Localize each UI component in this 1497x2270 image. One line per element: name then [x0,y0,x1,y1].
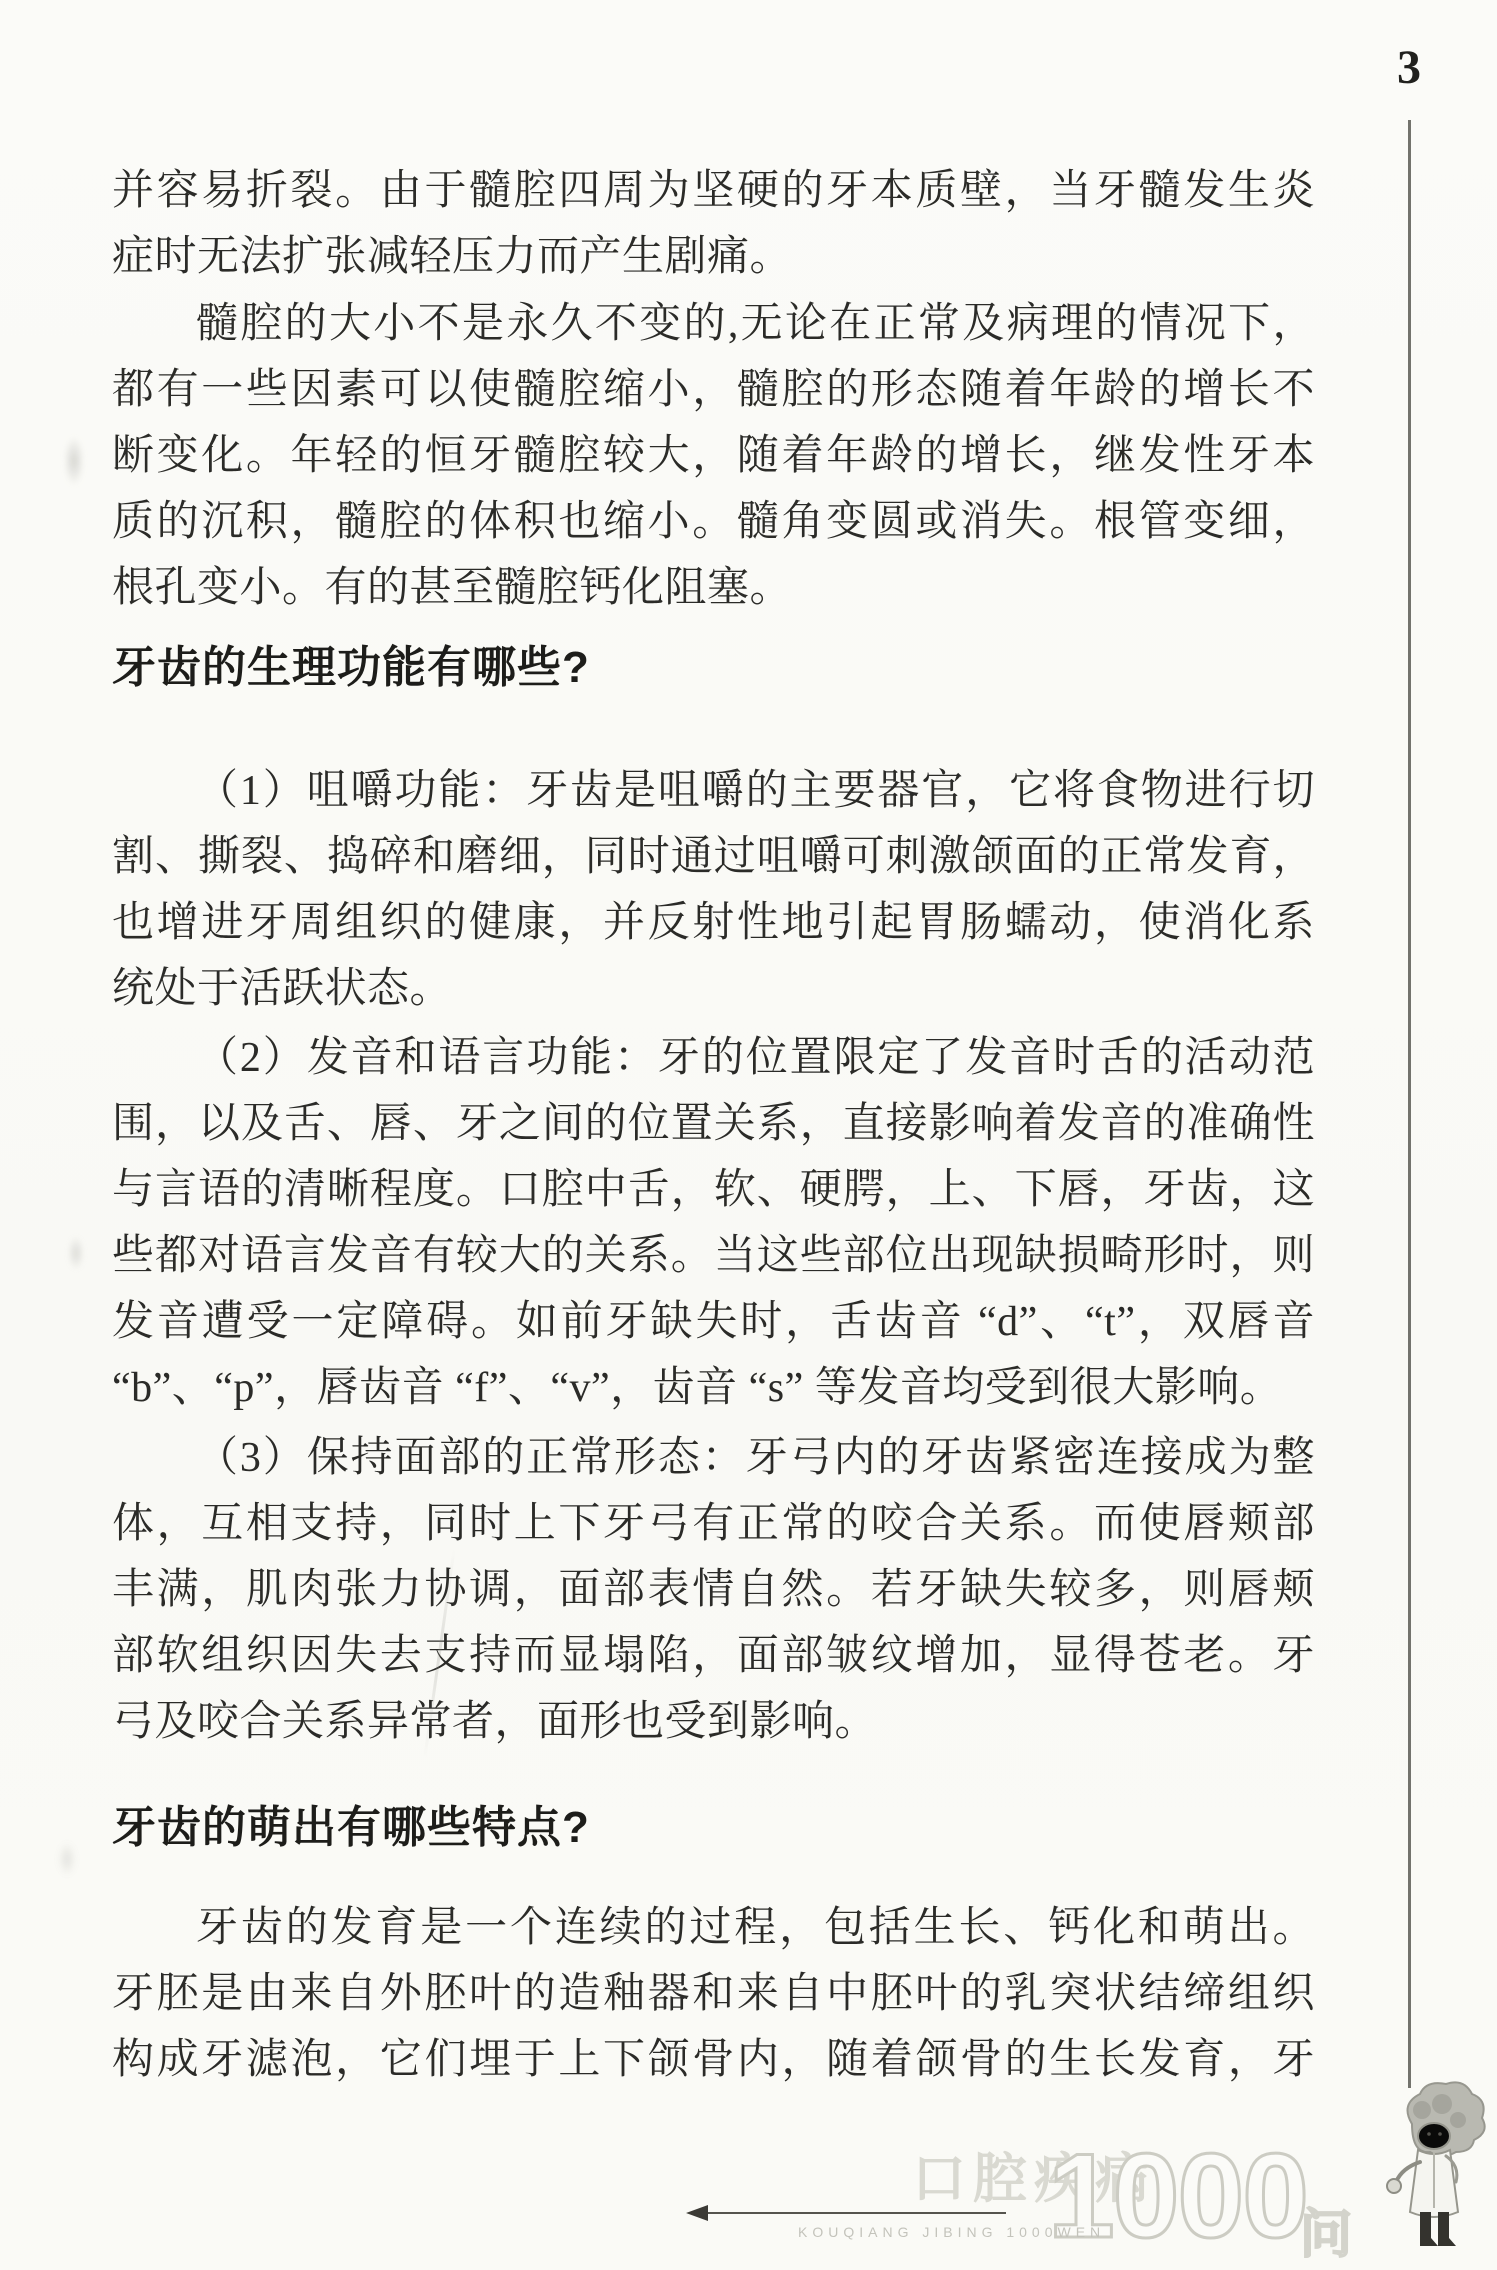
body-line: 髓腔的大小不是永久不变的,无论在正常及病理的情况下， [112,291,1315,357]
paragraph-pronunciation: （2）发音和语言功能：牙的位置限定了发音时舌的活动范 围，以及舌、唇、牙之间的位… [112,1025,1315,1421]
body-line: “b”、“p”，唇齿音 “f”、“v”，齿音 “s” 等发音均受到很大影响。 [112,1355,1315,1421]
body-line: （2）发音和语言功能：牙的位置限定了发音时舌的活动范 [112,1025,1315,1091]
body-line: 围，以及舌、唇、牙之间的位置关系，直接影响着发音的准确性 [112,1091,1315,1157]
body-line: 质的沉积，髓腔的体积也缩小。髓角变圆或消失。根管变细， [112,489,1315,555]
paragraph-chewing: （1）咀嚼功能：牙齿是咀嚼的主要器官，它将食物进行切 割、撕裂、捣碎和磨细，同时… [112,758,1315,1022]
body-line: 些都对语言发音有较大的关系。当这些部位出现缺损畸形时，则 [112,1223,1315,1289]
body-line: 根孔变小。有的甚至髓腔钙化阻塞。 [112,555,1315,621]
page-number: 3 [1382,40,1436,95]
body-line: 牙齿的发育是一个连续的过程，包括生长、钙化和萌出。 [112,1895,1315,1961]
body-line: （1）咀嚼功能：牙齿是咀嚼的主要器官，它将食物进行切 [112,758,1315,824]
body-line: 丰满，肌肉张力协调，面部表情自然。若牙缺失较多，则唇颊 [112,1557,1315,1623]
body-line: 统处于活跃状态。 [112,956,1315,1022]
body-line: 构成牙滤泡，它们埋于上下颌骨内，随着颌骨的生长发育，牙 [112,2027,1315,2093]
body-line: 症时无法扩张减轻压力而产生剧痛。 [112,224,1315,290]
body-line: 也增进牙周组织的健康，并反射性地引起胃肠蠕动，使消化系 [112,890,1315,956]
body-line: 体，互相支持，同时上下牙弓有正常的咬合关系。而使唇颊部 [112,1491,1315,1557]
body-line: 并容易折裂。由于髓腔四周为坚硬的牙本质壁，当牙髓发生炎 [112,158,1315,224]
body-line: （3）保持面部的正常形态：牙弓内的牙齿紧密连接成为整 [112,1425,1315,1491]
paragraph-development: 牙齿的发育是一个连续的过程，包括生长、钙化和萌出。 牙胚是由来自外胚叶的造釉器和… [112,1895,1315,2093]
paragraph-facial-form: （3）保持面部的正常形态：牙弓内的牙齿紧密连接成为整 体，互相支持，同时上下牙弓… [112,1425,1315,1755]
body-line: 与言语的清晰程度。口腔中舌，软、硬腭，上、下唇，牙齿，这 [112,1157,1315,1223]
section-heading-eruption: 牙齿的萌出有哪些特点? [112,1802,590,1854]
body-line: 割、撕裂、捣碎和磨细，同时通过咀嚼可刺激颌面的正常发育， [112,824,1315,890]
book-page: 3 并容易折裂。由于髓腔四周为坚硬的牙本质壁，当牙髓发生炎 症时无法扩张减轻压力… [0,0,1497,2270]
body-line: 弓及咬合关系异常者，面形也受到影响。 [112,1689,1315,1755]
footer-series-suffix: 问 [1300,2192,1352,2267]
paragraph-pulp-chamber: 髓腔的大小不是永久不变的,无论在正常及病理的情况下， 都有一些因素可以使髓腔缩小… [112,291,1315,621]
footer-pinyin-caption: KOUQIANG JIBING 1000WEN [798,2224,1105,2240]
doctor-mascot-icon [1380,2080,1490,2268]
scan-smudge [68,1236,84,1270]
margin-rule [1408,120,1411,2088]
body-line: 都有一些因素可以使髓腔缩小，髓腔的形态随着年龄的增长不 [112,357,1315,423]
body-line: 部软组织因失去支持而显塌陷，面部皱纹增加，显得苍老。牙 [112,1623,1315,1689]
scan-smudge [64,436,84,486]
left-arrow-icon [704,2212,1006,2214]
paragraph-intro: 并容易折裂。由于髓腔四周为坚硬的牙本质壁，当牙髓发生炎 症时无法扩张减轻压力而产… [112,158,1315,290]
left-arrow-icon [686,2205,708,2221]
section-heading-physiology: 牙齿的生理功能有哪些? [112,642,590,694]
body-line: 发音遭受一定障碍。如前牙缺失时，舌齿音 “d”、“t”，双唇音 [112,1289,1315,1355]
scan-smudge [58,1842,76,1876]
body-line: 牙胚是由来自外胚叶的造釉器和来自中胚叶的乳突状结缔组织 [112,1961,1315,2027]
body-line: 断变化。年轻的恒牙髓腔较大，随着年龄的增长，继发性牙本 [112,423,1315,489]
